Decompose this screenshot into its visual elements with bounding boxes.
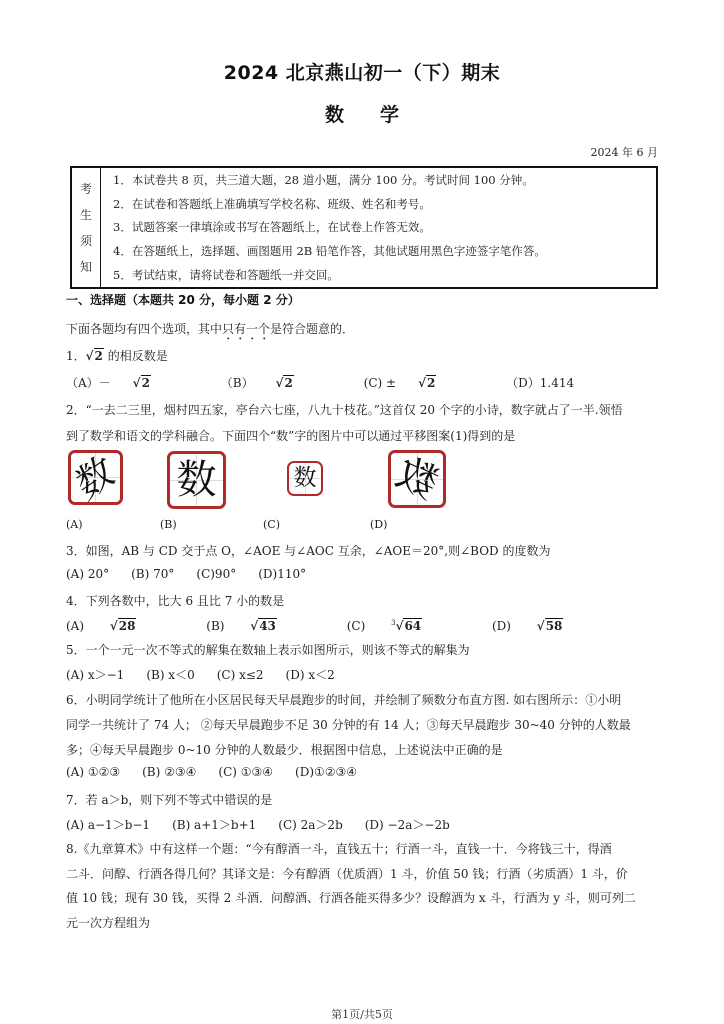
question-8-line-1: 8.《九章算术》中有这样一个题：“今有醇酒一斗，直钱五十；行酒一斗，直钱一十．今… bbox=[66, 840, 612, 857]
option-c: (C) x≤2 bbox=[217, 668, 264, 682]
option-label: （A）－ bbox=[66, 374, 111, 391]
option-a: （A）－√2 bbox=[66, 374, 195, 391]
notice-label-char: 考 bbox=[80, 180, 92, 197]
sqrt-expression: √43 bbox=[250, 618, 299, 633]
radicand: 2 bbox=[283, 375, 293, 390]
question-6-line-1: 6．小明同学统计了他所在小区居民每天早晨跑步的时间，并绘制了频数分布直方图. 如… bbox=[66, 691, 621, 708]
option-b: （B）√2 bbox=[221, 374, 338, 391]
option-d: (D) −2a＞−2b bbox=[365, 816, 450, 833]
option-d: (D)110° bbox=[258, 567, 306, 581]
stamp-image-a: 数 bbox=[68, 450, 123, 505]
notice-item: 3．试题答案一律填涂或书写在答题纸上，在试卷上作答无效。 bbox=[113, 219, 656, 235]
question-2-line-1: 2．“一去二三里，烟村四五家，亭台六七座，八九十枝花。”这首仅 20 个字的小诗… bbox=[66, 401, 623, 418]
question-2-line-2: 到了数学和语文的学科融合。下面四个“数”字的图片中可以通过平移图案(1)得到的是 bbox=[66, 427, 515, 444]
option-b: (B) √43 bbox=[206, 618, 321, 633]
question-text: 的相反数是 bbox=[104, 349, 168, 363]
notice-item: 4．在答题纸上，选择题、画图题用 2B 铅笔作答，其他试题用黑色字迹签字笔作答。 bbox=[113, 243, 656, 259]
question-5: 5．一个一元一次不等式的解集在数轴上表示如图所示，则该不等式的解集为 bbox=[66, 641, 470, 658]
notice-item: 1．本试卷共 8 页，共三道大题，28 道小题，满分 100 分。考试时间 10… bbox=[113, 172, 656, 188]
option-a: (A) x＞−1 bbox=[66, 666, 124, 683]
question-4: 4．下列各数中，比大 6 且比 7 小的数是 bbox=[66, 592, 284, 609]
question-8-line-2: 二斗．问醇、行酒各得几何？其译文是：今有醇酒（优质酒）1 斗，价值 50 钱；行… bbox=[66, 865, 628, 882]
option-b: (B) 70° bbox=[131, 567, 174, 581]
option-label: (C) ± bbox=[364, 376, 396, 390]
image-label-b: (B) bbox=[160, 518, 177, 531]
image-label-d: (D) bbox=[370, 518, 387, 531]
candidate-notice-box: 考 生 须 知 1．本试卷共 8 页，共三道大题，28 道小题，满分 100 分… bbox=[70, 166, 658, 289]
stamp-image-b: 数 bbox=[167, 451, 226, 509]
sqrt-expression: √2 bbox=[133, 375, 173, 390]
option-d: (D) √58 bbox=[492, 618, 607, 633]
sqrt-expression: √2 bbox=[276, 375, 316, 390]
radicand: 2 bbox=[94, 348, 104, 363]
question-6-options: (A) ①②③(B) ②③④(C) ①③④(D)①②③④ bbox=[66, 765, 379, 779]
image-label-c: (C) bbox=[263, 518, 280, 531]
option-b: (B) a+1＞b+1 bbox=[172, 816, 256, 833]
radicand: 64 bbox=[403, 618, 422, 633]
option-label: （B） bbox=[221, 374, 254, 391]
sqrt-expression: √2 bbox=[418, 375, 458, 390]
option-b: (B) ②③④ bbox=[142, 765, 196, 779]
notice-label: 考 生 须 知 bbox=[72, 168, 101, 287]
option-label: (D) bbox=[492, 619, 511, 633]
page-number: 第1页/共5页 bbox=[0, 1006, 724, 1022]
radicand: 43 bbox=[258, 618, 277, 633]
intro-emphasis: 只有一个 bbox=[222, 322, 270, 336]
exam-subject: 数学 bbox=[0, 100, 724, 127]
question-4-options: (A) √28 (B) √43 (C) 3√64 (D) √58 bbox=[66, 618, 629, 633]
section-title: 一、选择题（本题共 20 分，每小题 2 分） bbox=[66, 291, 300, 308]
option-c: (C) ①③④ bbox=[218, 765, 273, 779]
option-a: (A) ①②③ bbox=[66, 765, 120, 779]
option-c: (C) ±√2 bbox=[364, 375, 481, 390]
radicand: 28 bbox=[118, 618, 137, 633]
option-label: (C) bbox=[347, 619, 366, 633]
stamp-image-c: 数 bbox=[287, 461, 323, 496]
question-1: 1．√2 的相反数是 bbox=[66, 347, 168, 364]
exam-title: 2024 北京燕山初一（下）期末 bbox=[0, 58, 724, 85]
question-number: 1． bbox=[66, 349, 86, 363]
option-d: (D) x＜2 bbox=[286, 666, 335, 683]
radicand: 2 bbox=[141, 375, 151, 390]
notice-items: 1．本试卷共 8 页，共三道大题，28 道小题，满分 100 分。考试时间 10… bbox=[101, 168, 656, 287]
shu-glyph: 数 bbox=[177, 460, 217, 500]
section-intro: 下面各题均有四个选项，其中只有一个是符合题意的． bbox=[66, 320, 354, 343]
option-b: (B) x＜0 bbox=[146, 666, 194, 683]
notice-label-char: 知 bbox=[80, 258, 92, 275]
cube-root-expression: √64 bbox=[396, 618, 445, 633]
question-1-options: （A）－√2 （B）√2 (C) ±√2 （D）1.414 bbox=[66, 374, 596, 391]
shu-glyph: 数 bbox=[72, 449, 119, 506]
question-5-options: (A) x＞−1(B) x＜0(C) x≤2(D) x＜2 bbox=[66, 666, 357, 683]
option-a: (A) √28 bbox=[66, 618, 180, 633]
shu-glyph: 数 bbox=[294, 467, 317, 490]
option-d: （D）1.414 bbox=[506, 374, 574, 391]
question-8-line-4: 元一次方程组为 bbox=[66, 914, 150, 931]
option-label: (A) bbox=[66, 619, 84, 633]
subject-char: 学 bbox=[380, 100, 399, 127]
option-a: (A) a−1＞b−1 bbox=[66, 816, 150, 833]
notice-item: 5．考试结束，请将试卷和答题纸一并交回。 bbox=[113, 267, 656, 283]
image-label-a: (A) bbox=[66, 518, 83, 531]
question-3: 3．如图，AB 与 CD 交于点 O，∠AOE 与∠AOC 互余，∠AOE＝20… bbox=[66, 542, 550, 559]
radicand: 58 bbox=[545, 618, 564, 633]
shu-glyph: 数 bbox=[390, 452, 443, 505]
option-c: (C)90° bbox=[196, 567, 236, 581]
option-d: (D)①②③④ bbox=[295, 765, 357, 779]
stamp-image-d: 数 bbox=[388, 450, 446, 508]
option-c: (C) 3√64 bbox=[347, 618, 466, 633]
radicand: 2 bbox=[426, 375, 436, 390]
subject-char: 数 bbox=[325, 100, 344, 127]
intro-text: 是符合题意的． bbox=[270, 322, 354, 336]
question-8-line-3: 值 10 钱；现有 30 钱，买得 2 斗酒．问醇酒、行酒各能买得多少？设醇酒为… bbox=[66, 889, 636, 906]
question-7: 7．若 a＞b，则下列不等式中错误的是 bbox=[66, 791, 272, 808]
sqrt-expression: √2 bbox=[86, 348, 104, 363]
option-a: (A) 20° bbox=[66, 567, 109, 581]
question-3-options: (A) 20°(B) 70°(C)90°(D)110° bbox=[66, 567, 328, 581]
option-c: (C) 2a＞2b bbox=[278, 816, 342, 833]
exam-date: 2024 年 6 月 bbox=[591, 144, 658, 160]
question-6-line-2: 同学一共统计了 74 人； ②每天早晨跑步不足 30 分钟的有 14 人；③每天… bbox=[66, 716, 631, 733]
notice-label-char: 生 bbox=[80, 206, 92, 223]
notice-item: 2．在试卷和答题纸上准确填写学校名称、班级、姓名和考号。 bbox=[113, 196, 656, 212]
question-7-options: (A) a−1＞b−1(B) a+1＞b+1(C) 2a＞2b(D) −2a＞−… bbox=[66, 816, 472, 833]
intro-text: 下面各题均有四个选项，其中 bbox=[66, 322, 222, 336]
question-6-line-3: 多；④每天早晨跑步 0~10 分钟的人数最少．根据图中信息，上述说法中正确的是 bbox=[66, 741, 503, 758]
notice-label-char: 须 bbox=[80, 232, 92, 249]
sqrt-expression: √58 bbox=[537, 618, 586, 633]
option-label: (B) bbox=[206, 619, 224, 633]
sqrt-expression: √28 bbox=[110, 618, 159, 633]
